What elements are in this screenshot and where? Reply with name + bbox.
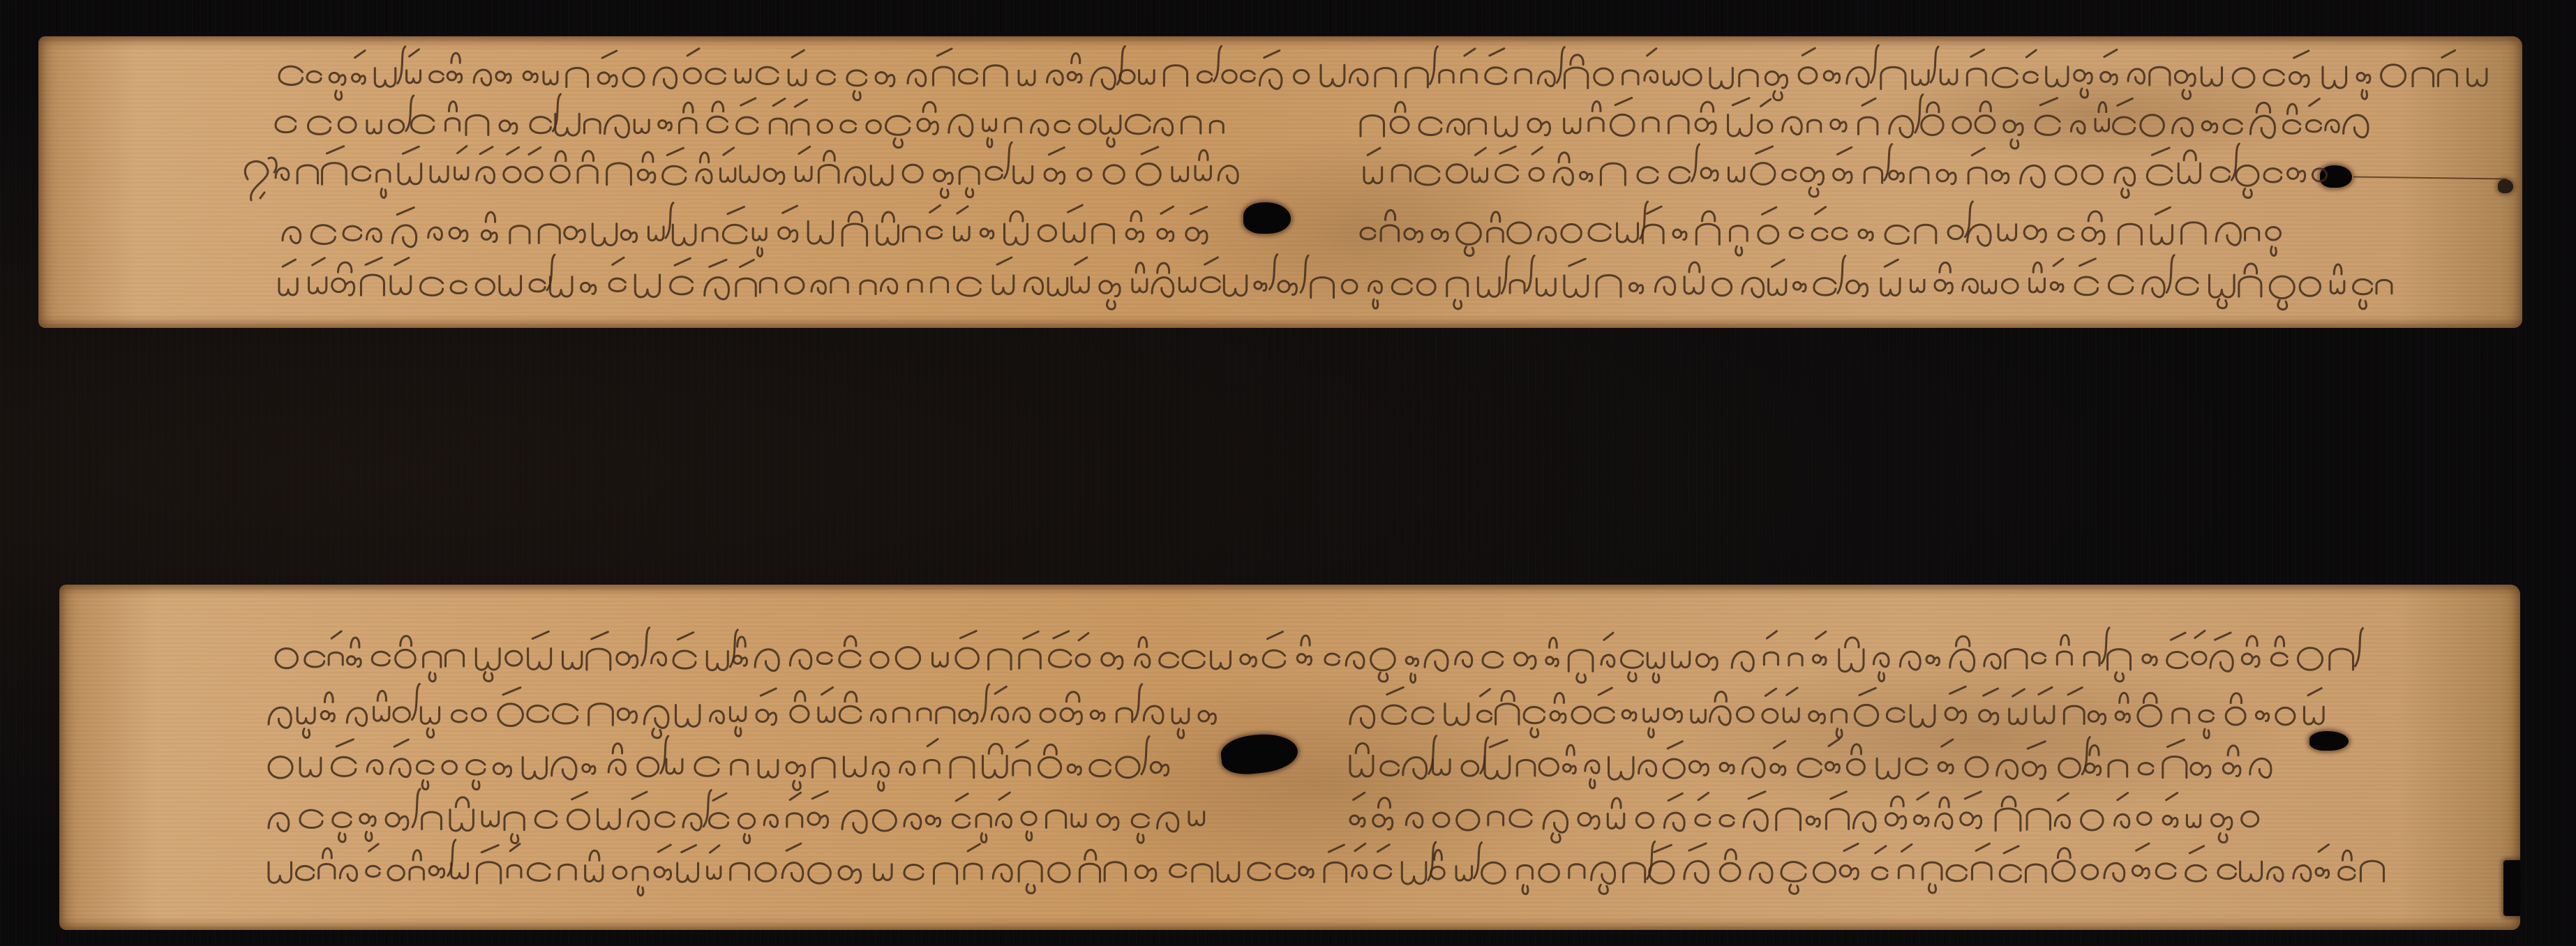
script-glyph: [1543, 811, 1567, 842]
script-glyph: [1585, 760, 1599, 788]
script-glyph: [1769, 260, 1786, 295]
script-glyph: [2218, 865, 2236, 879]
script-glyph: [2173, 118, 2193, 136]
script-glyph: [1417, 279, 1435, 295]
script-glyph: [1311, 278, 1334, 298]
script-glyph: [398, 147, 421, 184]
script-glyph: [2051, 259, 2063, 292]
script-glyph: [1814, 256, 1845, 295]
script-glyph: [654, 845, 671, 880]
script-glyph: [2115, 793, 2129, 828]
script-glyph: [1592, 862, 1615, 894]
script-glyph: [756, 863, 776, 881]
script-glyph: [2178, 151, 2200, 183]
script-glyph: [1798, 758, 1821, 776]
script-glyph: [550, 277, 572, 297]
script-glyph: [523, 757, 546, 779]
script-glyph: [2095, 102, 2109, 131]
script-glyph: [623, 68, 644, 87]
script-glyph: [361, 257, 384, 295]
script-glyph: [1152, 263, 1174, 296]
script-glyph: [2057, 635, 2072, 664]
script-glyph: [1732, 652, 1753, 671]
script-glyph: [788, 50, 806, 85]
script-glyph: [1639, 760, 1656, 776]
script-glyph: [1055, 121, 1070, 132]
script-glyph: [1120, 70, 1135, 83]
script-glyph: [421, 707, 439, 738]
script-glyph: [1669, 116, 1688, 133]
script-glyph: [1375, 68, 1396, 86]
script-glyph: [297, 708, 315, 738]
script-glyph: [989, 650, 1011, 670]
script-glyph: [2256, 712, 2268, 721]
script-glyph: [1183, 651, 1204, 668]
script-glyph: [1432, 230, 1448, 241]
script-glyph: [1104, 165, 1124, 183]
script-glyph: [564, 227, 585, 242]
script-glyph: [1038, 225, 1056, 241]
script-glyph: [2137, 813, 2151, 825]
script-glyph: [1809, 712, 1825, 723]
script-glyph: [2101, 50, 2118, 84]
script-glyph: [2201, 68, 2222, 86]
script-glyph: [311, 225, 335, 244]
script-glyph: [1529, 147, 1543, 181]
script-glyph: [1346, 652, 1364, 668]
script-glyph: [523, 71, 537, 82]
script-glyph: [1524, 707, 1544, 737]
script-glyph: [1158, 813, 1178, 832]
script-glyph: [918, 709, 931, 721]
script-glyph: [644, 706, 668, 737]
script-glyph: [276, 168, 289, 180]
script-glyph: [2176, 278, 2198, 294]
script-glyph: [1325, 654, 1339, 665]
script-glyph: [455, 146, 468, 179]
script-glyph: [2082, 211, 2104, 244]
script-glyph: [493, 763, 511, 776]
script-glyph: [1211, 652, 1231, 669]
script-glyph: [818, 687, 834, 722]
script-glyph: [2055, 166, 2076, 185]
script-glyph: [1572, 707, 1591, 723]
script-glyph: [300, 758, 321, 776]
script-glyph: [1536, 278, 1555, 295]
script-glyph: [551, 151, 569, 183]
script-glyph: [842, 811, 867, 833]
script-glyph: [2139, 763, 2153, 774]
script-glyph: [504, 147, 521, 182]
script-glyph: [1926, 656, 1939, 666]
script-glyph: [1564, 259, 1588, 296]
script-glyph: [918, 102, 938, 134]
script-glyph: [673, 225, 696, 246]
script-glyph: [1664, 71, 1679, 84]
script-glyph: [1864, 144, 1892, 183]
script-glyph: [1695, 793, 1710, 825]
script-glyph: [2300, 278, 2320, 296]
script-glyph: [1079, 850, 1100, 882]
script-glyph: [367, 760, 382, 774]
script-glyph: [352, 167, 370, 181]
script-glyph: [1144, 706, 1163, 723]
script-glyph: [374, 691, 389, 721]
script-glyph: [2075, 259, 2097, 295]
script-glyph: [430, 167, 448, 183]
script-glyph: [707, 846, 721, 879]
script-glyph: [1889, 171, 1904, 182]
script-glyph: [1684, 69, 1702, 85]
script-glyph: [1858, 98, 1877, 134]
script-glyph: [1872, 846, 1887, 880]
script-glyph: [1621, 651, 1642, 682]
script-glyph: [2025, 864, 2046, 882]
script-glyph: [391, 258, 411, 294]
script-glyph: [1790, 227, 1803, 238]
script-glyph: [1846, 280, 1867, 296]
script-glyph: [1953, 117, 1971, 133]
script-glyph: [417, 760, 433, 789]
script-glyph: [329, 631, 343, 665]
script-glyph: [329, 73, 345, 100]
script-glyph: [607, 163, 631, 185]
script-glyph: [1912, 47, 1938, 85]
script-glyph: [1758, 207, 1779, 243]
script-glyph: [1695, 102, 1716, 134]
script-glyph: [648, 203, 673, 241]
script-glyph: [1910, 705, 1934, 727]
script-glyph: [1192, 864, 1212, 882]
script-glyph: [1877, 758, 1899, 779]
script-glyph: [2004, 121, 2023, 149]
script-glyph: [1847, 744, 1864, 775]
script-glyph: [1276, 864, 1295, 878]
script-glyph: [949, 115, 973, 137]
script-glyph: [1248, 863, 1270, 880]
script-glyph: [1997, 760, 2018, 779]
script-glyph: [1636, 813, 1653, 828]
script-glyph: [447, 53, 461, 82]
script-glyph: [504, 813, 524, 843]
script-glyph: [1005, 211, 1028, 245]
script-glyph: [663, 148, 686, 184]
script-glyph: [1710, 691, 1731, 725]
script-glyph: [655, 812, 674, 827]
script-glyph: [1968, 148, 1986, 183]
script-glyph: [1457, 223, 1481, 255]
script-glyph: [1510, 810, 1532, 827]
script-glyph: [338, 117, 356, 133]
script-glyph: [1887, 708, 1904, 721]
script-glyph: [2141, 115, 2164, 136]
script-glyph: [269, 813, 289, 831]
script-glyph: [2058, 228, 2073, 240]
script-glyph: [279, 260, 297, 295]
script-glyph: [1589, 101, 1603, 130]
script-glyph: [1342, 280, 1357, 293]
script-glyph: [510, 226, 530, 243]
script-glyph: [1072, 814, 1086, 827]
script-glyph: [428, 227, 442, 240]
script-glyph: [2143, 654, 2157, 665]
script-glyph: [1825, 739, 1839, 772]
script-glyph: [1189, 811, 1204, 825]
script-glyph: [1911, 280, 1924, 292]
script-glyph: [1564, 745, 1576, 774]
script-glyph: [1013, 707, 1029, 722]
script-glyph: [1808, 120, 1821, 132]
script-glyph: [1873, 653, 1889, 681]
script-glyph: [1469, 119, 1485, 134]
script-glyph: [2035, 98, 2060, 135]
script-glyph: [634, 120, 649, 133]
script-glyph: [683, 790, 711, 830]
script-glyph: [1483, 652, 1503, 668]
script-glyph: [2344, 115, 2368, 137]
script-glyph: [1364, 148, 1382, 183]
script-glyph: [1098, 814, 1118, 830]
script-glyph: [1789, 654, 1802, 666]
script-glyph: [1937, 170, 1956, 184]
script-glyph: [1116, 684, 1141, 722]
script-glyph: [1664, 793, 1684, 831]
script-glyph: [1776, 809, 1801, 830]
script-glyph: [445, 650, 463, 666]
script-glyph: [1644, 709, 1658, 737]
script-glyph: [1589, 224, 1610, 241]
script-glyph: [2199, 710, 2214, 738]
script-glyph: [980, 229, 994, 239]
script-glyph: [2224, 119, 2242, 134]
script-glyph: [2360, 861, 2383, 881]
script-glyph: [2293, 866, 2311, 882]
script-glyph: [1170, 864, 1186, 877]
script-glyph: [567, 793, 589, 829]
script-glyph: [1982, 280, 1996, 293]
script-glyph: [2192, 631, 2206, 664]
script-glyph: [2132, 843, 2149, 878]
script-glyph: [1064, 205, 1085, 242]
script-glyph: [1349, 69, 1368, 85]
script-glyph: [2118, 224, 2141, 244]
script-glyph: [1425, 650, 1448, 671]
script-glyph: [954, 207, 969, 241]
script-glyph: [1482, 862, 1506, 883]
script-glyph: [876, 72, 894, 86]
script-glyph: [598, 51, 617, 87]
script-glyph: [309, 258, 327, 294]
script-glyph: [563, 652, 582, 669]
script-glyph: [553, 704, 577, 723]
script-glyph: [500, 121, 517, 134]
script-glyph: [2115, 167, 2135, 197]
script-glyph: [809, 863, 831, 883]
script-glyph: [1922, 103, 1943, 135]
script-glyph: [308, 117, 330, 134]
script-glyph: [2264, 70, 2284, 86]
script-glyph: [730, 707, 745, 736]
script-glyph: [1472, 148, 1487, 182]
script-glyph: [1031, 120, 1048, 135]
script-glyph: [1510, 255, 1534, 293]
script-glyph: [1218, 862, 1239, 882]
script-glyph: [1783, 117, 1802, 135]
script-glyph: [2163, 739, 2187, 777]
script-glyph: [297, 165, 317, 183]
script-glyph: [1595, 688, 1615, 723]
script-glyph: [307, 71, 321, 82]
script-glyph: [1550, 693, 1566, 723]
script-glyph: [1881, 67, 1905, 89]
script-glyph: [1005, 118, 1021, 132]
script-glyph: [1900, 652, 1920, 670]
script-glyph: [322, 147, 347, 185]
script-glyph: [1539, 758, 1558, 776]
script-glyph: [1663, 742, 1684, 779]
script-glyph: [2242, 636, 2259, 667]
script-glyph: [1885, 797, 1905, 829]
script-glyph: [2173, 709, 2189, 723]
script-glyph: [1371, 649, 1395, 682]
script-glyph: [555, 114, 579, 135]
script-glyph: [1013, 740, 1030, 775]
script-glyph: [959, 167, 979, 197]
script-glyph: [791, 691, 809, 723]
script-glyph: [539, 225, 560, 243]
script-glyph: [1554, 153, 1573, 185]
script-glyph: [2202, 121, 2217, 133]
script-glyph: [1406, 656, 1418, 682]
script-glyph: [1853, 812, 1875, 832]
script-glyph: [1609, 757, 1633, 779]
script-glyph: [1710, 68, 1732, 88]
script-glyph: [1782, 170, 1795, 180]
script-glyph: [1068, 765, 1081, 774]
script-glyph: [1968, 225, 1991, 246]
script-glyph: [528, 631, 551, 669]
script-glyph: [1689, 761, 1708, 775]
script-glyph: [886, 116, 910, 147]
script-glyph: [1076, 633, 1090, 667]
script-glyph: [445, 102, 459, 131]
script-glyph: [2023, 50, 2037, 83]
script-glyph: [2339, 850, 2355, 880]
script-glyph: [1093, 224, 1114, 243]
script-glyph: [609, 257, 625, 291]
script-glyph: [1182, 117, 1201, 133]
script-glyph: [2316, 845, 2329, 878]
script-glyph: [2182, 223, 2206, 244]
script-glyph: [1967, 50, 1986, 85]
script-glyph: [695, 757, 719, 776]
script-glyph: [2021, 165, 2045, 187]
script-glyph: [896, 647, 920, 669]
script-glyph: [976, 814, 991, 843]
script-glyph: [2035, 687, 2054, 723]
script-glyph: [1744, 792, 1767, 831]
script-glyph: [756, 689, 776, 725]
script-glyph: [2024, 226, 2046, 242]
script-glyph: [931, 278, 948, 292]
script-glyph: [1737, 707, 1753, 721]
script-glyph: [1881, 260, 1900, 296]
script-glyph: [1596, 276, 1621, 297]
script-glyph: [1945, 686, 1965, 723]
script-glyph: [839, 866, 861, 883]
script-glyph: [2376, 280, 2392, 293]
script-glyph: [2032, 653, 2045, 663]
script-glyph: [696, 153, 712, 183]
script-glyph: [420, 278, 442, 295]
script-glyph: [605, 116, 629, 137]
script-glyph: [340, 866, 357, 881]
script-glyph: [723, 207, 747, 243]
script-glyph: [1762, 689, 1778, 723]
script-glyph: [1751, 147, 1775, 184]
script-glyph: [1546, 638, 1558, 666]
script-glyph: [347, 708, 366, 726]
script-glyph: [1186, 207, 1207, 244]
script-glyph: [1392, 165, 1410, 181]
script-glyph: [527, 705, 548, 721]
script-glyph: [1564, 119, 1580, 133]
script-glyph: [871, 165, 892, 185]
script-glyph: [770, 98, 786, 133]
script-glyph: [476, 648, 500, 681]
script-glyph: [472, 708, 486, 721]
script-glyph: [1402, 842, 1436, 884]
script-glyph: [2116, 693, 2129, 722]
script-glyph: [817, 70, 834, 84]
script-glyph: [874, 864, 892, 880]
script-glyph: [552, 757, 576, 779]
script-glyph: [613, 866, 627, 878]
script-glyph: [1515, 653, 1536, 669]
script-glyph: [2250, 103, 2275, 137]
script-glyph: [677, 845, 698, 882]
script-glyph: [1935, 262, 1952, 293]
script-glyph: [1218, 166, 1238, 183]
script-glyph: [847, 70, 867, 100]
script-glyph: [707, 102, 728, 133]
script-glyph: [1324, 845, 1346, 882]
script-glyph: [1594, 68, 1613, 85]
script-glyph: [2074, 70, 2092, 98]
script-glyph: [2175, 70, 2195, 98]
script-glyph: [592, 224, 616, 246]
script-glyph: [1832, 228, 1847, 239]
script-glyph: [2236, 165, 2259, 197]
script-glyph: [585, 119, 601, 133]
script-glyph: [1448, 119, 1465, 135]
script-glyph: [467, 760, 485, 789]
script-glyph: [1350, 743, 1373, 776]
script-glyph: [2245, 228, 2259, 241]
script-glyph: [1629, 283, 1642, 293]
script-glyph: [1664, 709, 1682, 722]
script-glyph: [1496, 691, 1519, 725]
script-glyph: [347, 638, 361, 667]
script-glyph: [1077, 168, 1091, 181]
script-glyph: [679, 103, 696, 133]
script-glyph: [559, 864, 576, 880]
script-glyph: [782, 843, 803, 881]
script-glyph: [372, 652, 389, 666]
script-glyph: [936, 707, 954, 723]
script-glyph: [2210, 633, 2233, 671]
script-glyph: [1528, 119, 1550, 135]
